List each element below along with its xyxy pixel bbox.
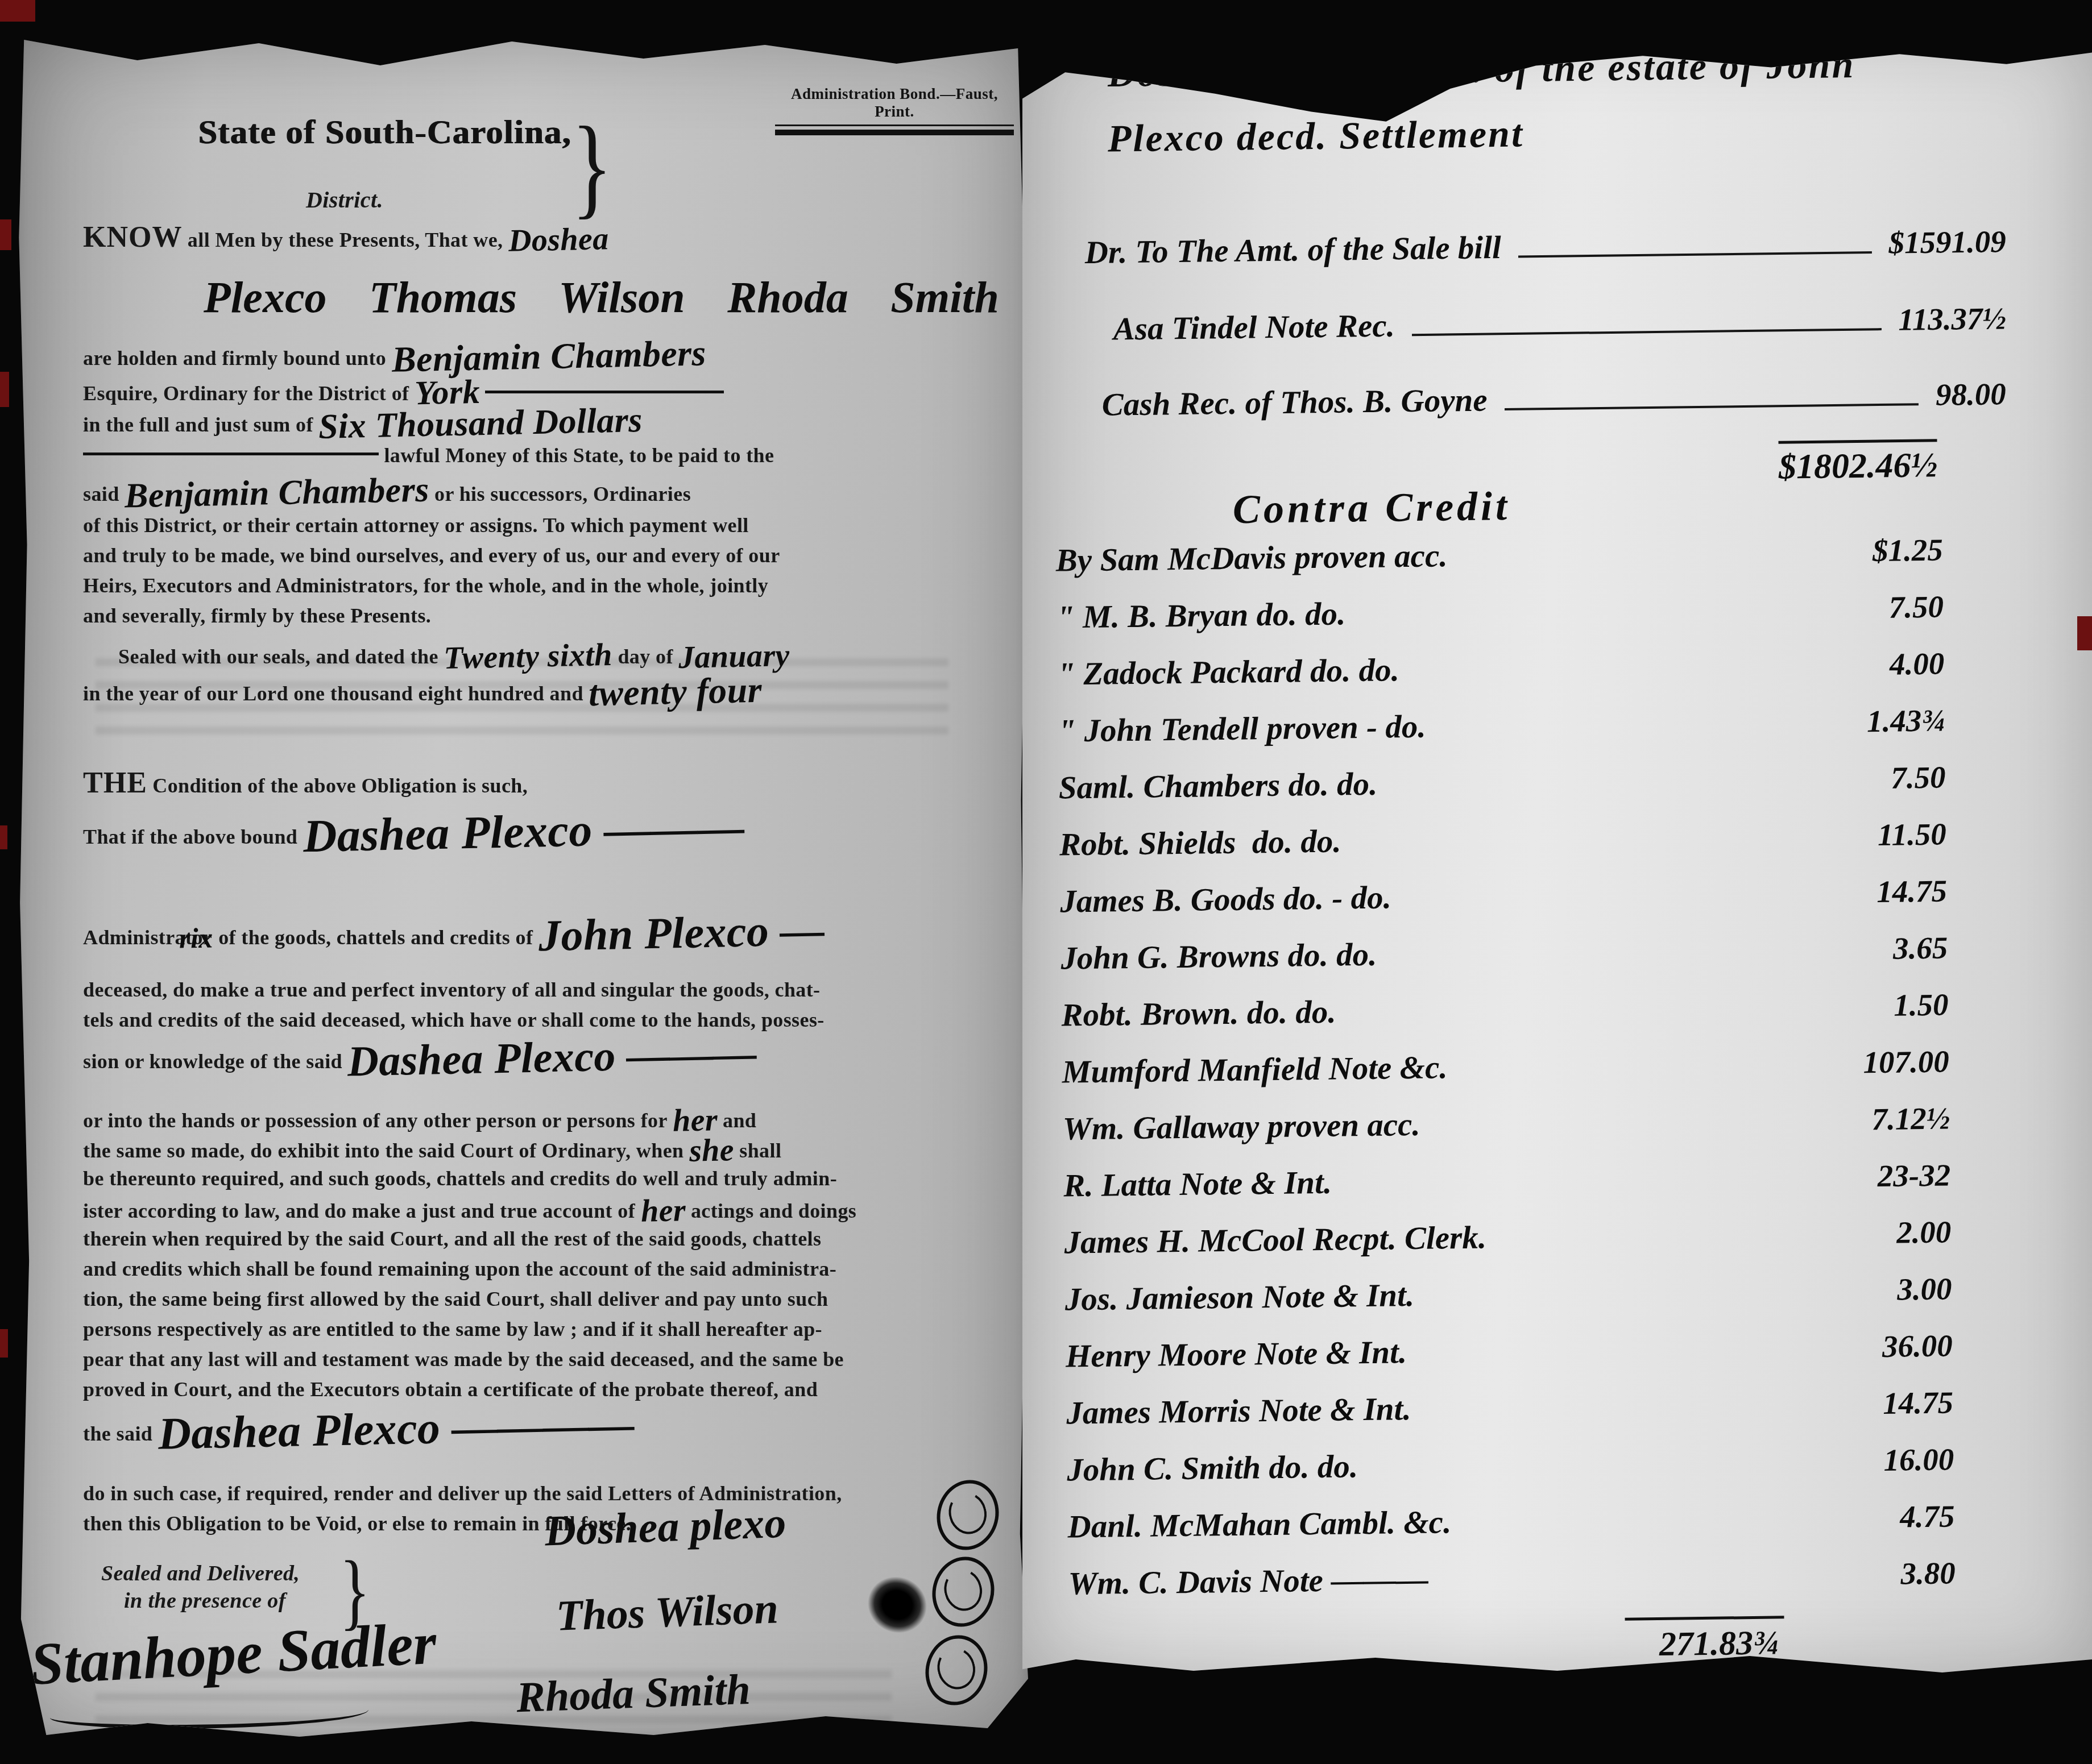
credit-amount: 3.80 — [1900, 1555, 1956, 1591]
handwritten-administratrix-name-2: Dashea Plexco ——— — [347, 1034, 758, 1081]
the-word: THE — [83, 767, 147, 799]
credit-amount: 7.50 — [1888, 589, 1944, 625]
debit-row: Cash Rec. of Thos. B. Goyne 98.00 — [1101, 375, 2006, 443]
ledger-row: Saml. Chambers do. do.7.50 — [1058, 759, 1946, 827]
creditor-name: R. Latta Note & Int. — [1063, 1164, 1332, 1205]
possession-line-1: or into the hands or possession of any o… — [83, 1106, 987, 1135]
bound-line: are holden and firmly bound unto Benjami… — [83, 340, 987, 373]
year-print: in the year of our Lord one thousand eig… — [83, 682, 583, 705]
possession-line-4: ister according to law, and do make a ju… — [83, 1197, 987, 1225]
year-line: in the year of our Lord one thousand eig… — [83, 675, 987, 708]
debit-row: Dr. To The Amt. of the Sale bill $1591.0… — [1084, 223, 2006, 291]
poss4-print: ister according to law, and do make a ju… — [83, 1199, 635, 1222]
scan-artifact-mark — [0, 372, 9, 407]
bound-print: are holden and firmly bound unto — [83, 347, 386, 370]
ledger-row: Robt. Shields ­ do. do.11.50 — [1059, 816, 1947, 883]
credit-amount: $1.25 — [1873, 532, 1944, 569]
credit-amount: 23-32 — [1877, 1157, 1950, 1194]
creditor-name: Robt. Shields ­ do. do. — [1059, 823, 1341, 864]
bound2-print: That if the above bound — [83, 825, 297, 848]
poss2b-print: shall — [739, 1139, 781, 1162]
handwritten-her: her — [672, 1106, 718, 1135]
know-rest: all Men by these Presents, That we, — [182, 229, 503, 251]
ledger-row: Mumford Manfield Note &c.107.00 — [1062, 1043, 1949, 1110]
condition-rest: Condition of the above Obligation is suc… — [147, 774, 528, 797]
credit-amount: 7.12½ — [1871, 1100, 1950, 1137]
scan-artifact-mark — [0, 219, 11, 250]
dayof-print: day of — [618, 645, 673, 668]
said2-print: the said — [83, 1422, 152, 1445]
creditor-name: Wm. Gallaway proven acc. — [1063, 1106, 1420, 1148]
witness-line-2: in the presence of — [124, 1588, 286, 1613]
ink-dash — [1505, 403, 1919, 410]
header-district: District. — [306, 186, 383, 213]
debit-label: Cash Rec. of Thos. B. Goyne — [1101, 381, 1487, 423]
inventory-line-2: tels and credits of the said deceased, w… — [83, 1008, 987, 1032]
scan-artifact-mark — [0, 825, 7, 849]
creditor-name: By Sam McDavis proven acc. — [1055, 537, 1447, 579]
inventory-line-3: sion or knowledge of the said Dashea Ple… — [83, 1038, 987, 1077]
lawful-line: lawful Money of this State, to be paid t… — [83, 443, 987, 467]
credit-amount: 1.50 — [1894, 986, 1949, 1023]
possession-line-10: proved in Court, and the Executors obtai… — [83, 1377, 987, 1401]
credit-total: 271.83¾ — [1625, 1616, 1785, 1664]
handwritten-sum: Six Thousand Dollars — [318, 405, 643, 443]
party-signature-3: Rhoda Smith — [516, 1665, 752, 1723]
body-line-4: and severally, firmly by these Presents. — [83, 604, 987, 628]
ledger-row: Wm. C. Davis Note ———3.80 — [1068, 1554, 1956, 1622]
credit-amount: 16.00 — [1883, 1441, 1954, 1478]
credit-amount: 7.50 — [1891, 759, 1946, 796]
credit-amount: 2.00 — [1896, 1214, 1952, 1250]
printer-stamp-label: Administration Bond.—Faust, Print. — [791, 85, 998, 120]
creditor-name: " M. B. Bryan do. do. — [1057, 595, 1346, 636]
poss1-print: or into the hands or possession of any o… — [83, 1109, 667, 1132]
handwritten-administratrix-name-3: Dashea Plexco ———— — [158, 1404, 635, 1455]
ledger-row: R. Latta Note & Int.23-32 — [1063, 1156, 1951, 1224]
credit-amount: 3.00 — [1897, 1271, 1952, 1307]
party-signature-1: Doshea plexo — [544, 1499, 787, 1557]
ledger-row: James Morris Note & Int.14.75 — [1066, 1384, 1954, 1451]
possession-line-7: tion, the same being first allowed by th… — [83, 1287, 987, 1311]
settlement-title-line-2: Plexco decd. Settlement — [1108, 111, 1525, 161]
handwritten-district: York — [414, 376, 480, 408]
bound2-line: That if the above bound Dashea Plexco ——… — [83, 811, 987, 853]
creditor-name: John C. Smith do. do. — [1067, 1448, 1358, 1488]
creditor-name: " John Tendell proven - do. — [1058, 708, 1426, 750]
debit-amount: $1591.09 — [1888, 223, 2006, 261]
ledger-row: Henry Moore Note & Int.36.00 — [1066, 1327, 1953, 1394]
lawful-print: lawful Money of this State, to be paid t… — [384, 444, 774, 467]
credit-amount: 11.50 — [1878, 816, 1946, 853]
ledger-row: By Sam McDavis proven acc.$1.25 — [1055, 532, 1943, 599]
scan-artifact-mark — [0, 0, 35, 22]
handwritten-year: twenty four — [589, 674, 763, 710]
witness-line-1: Sealed and Delivered, — [101, 1561, 300, 1586]
administratrix-line: Administratorrix of the goods, chattels … — [83, 913, 987, 953]
creditor-name: James H. McCool Recpt. Clerk. — [1064, 1219, 1486, 1261]
creditor-name: " Zadock Packard do. do. — [1057, 651, 1399, 692]
body-line-1: of this District, or their certain attor… — [83, 513, 987, 537]
inventory-3-print: sion or knowledge of the said — [83, 1050, 342, 1073]
debit-amount: 98.00 — [1936, 376, 2007, 413]
possession-line-9: pear that any last will and testament wa… — [83, 1347, 987, 1371]
handwritten-administratrix-name: Dashea Plexco ——— — [303, 806, 745, 857]
credit-amount: 107.00 — [1863, 1043, 1949, 1080]
handwritten-obligee-2: Benjamin Chambers — [125, 474, 430, 512]
void-line-1: do in such case, if required, render and… — [83, 1481, 987, 1505]
body-line-3: Heirs, Executors and Administrators, for… — [83, 574, 987, 597]
credit-amount: 3.65 — [1893, 929, 1948, 966]
debit-total: $1802.46½ — [1779, 439, 1938, 487]
credit-amount: 4.00 — [1890, 646, 1945, 682]
possession-line-3: be thereunto required, and such goods, c… — [83, 1167, 987, 1190]
ledger-row: James H. McCool Recpt. Clerk.2.00 — [1064, 1213, 1952, 1281]
said-obligee-line: said Benjamin Chambers or his successors… — [83, 478, 987, 509]
stamp-rule — [775, 124, 1014, 135]
void-line-2: then this Obligation to be Void, or else… — [83, 1512, 987, 1535]
debit-amount: 113.37½ — [1898, 300, 2006, 337]
admin-rest: of the goods, chattels and credits of — [218, 926, 533, 949]
ink-dash — [1518, 251, 1872, 258]
handwritten-principals: Plexco Thomas Wilson Rhoda Smith — [204, 272, 999, 323]
debit-row: Asa Tindel Note Rec. 113.37½ — [1113, 300, 2006, 367]
inventory-line-1: deceased, do make a true and perfect inv… — [83, 978, 987, 1002]
ledger-row: John G. Browns do. do.3.65 — [1061, 929, 1948, 997]
handwritten-day: Twenty sixth — [444, 641, 613, 673]
bond-opening-line: KNOW all Men by these Presents, That we,… — [83, 221, 987, 254]
blank-line — [485, 391, 724, 393]
seal-icon — [918, 1629, 995, 1712]
debit-label: Dr. To The Amt. of the Sale bill — [1084, 229, 1501, 271]
ledger-row: James B. Goods do. - do.14.75 — [1060, 872, 1948, 940]
bond-page: Administration Bond.—Faust, Print. State… — [16, 33, 1028, 1738]
condition-line: THE Condition of the above Obligation is… — [83, 766, 987, 800]
handwritten-her-2: her — [640, 1196, 686, 1226]
printer-stamp: Administration Bond.—Faust, Print. — [775, 85, 1014, 135]
seal-icon — [925, 1550, 1002, 1633]
ledger-row: " John Tendell proven - do.1.43¾ — [1058, 702, 1945, 770]
scan-artifact-mark — [2077, 616, 2092, 650]
ink-dash — [1412, 328, 1882, 336]
poss1b-print: and — [723, 1109, 756, 1132]
body-line-2: and truly to be made, we bind ourselves,… — [83, 543, 987, 567]
scan-artifact-mark — [0, 1329, 8, 1358]
ledger-row: Jos. Jamieson Note & Int.3.00 — [1064, 1270, 1952, 1338]
scanned-document: Administration Bond.—Faust, Print. State… — [0, 0, 2092, 1764]
admin-stem: Administrat — [83, 926, 192, 949]
header-brace-icon: } — [571, 101, 612, 231]
credit-amount: 36.00 — [1882, 1327, 1953, 1364]
handwritten-doshea: Doshea — [508, 225, 609, 255]
party-signature-2: Thos Wilson — [556, 1584, 780, 1641]
credit-list: By Sam McDavis proven acc.$1.25 " M. B. … — [1055, 532, 1956, 1622]
settlement-title-line-1: Doshea Plexco Admr. of the estate of Joh… — [1108, 42, 1855, 96]
header-state: State of South-Carolina, — [198, 113, 571, 152]
know-word: KNOW — [83, 221, 182, 254]
ledger-row: " Zadock Packard do. do.4.00 — [1057, 645, 1945, 713]
sum-print: in the full and just sum of — [83, 413, 313, 436]
said-print: said — [83, 483, 119, 505]
credit-amount: 4.75 — [1900, 1498, 1955, 1534]
creditor-name: James B. Goods do. - do. — [1060, 879, 1391, 920]
settlement-page: Doshea Plexco Admr. of the estate of Joh… — [1022, 30, 2092, 1672]
possession-line-6: and credits which shall be found remaini… — [83, 1257, 987, 1281]
possession-line-8: persons respectively as are entitled to … — [83, 1317, 987, 1341]
said2-line: the said Dashea Plexco ———— — [83, 1409, 987, 1450]
sum-line: in the full and just sum of Six Thousand… — [83, 408, 987, 440]
creditor-name: Wm. C. Davis Note ——— — [1068, 1561, 1428, 1603]
ledger-row: Robt. Brown. do. do.1.50 — [1061, 986, 1949, 1053]
ledger-row: Wm. Gallaway proven acc.7.12½ — [1063, 1099, 1950, 1167]
handwritten-deceased-name: John Plexco — — [538, 910, 825, 956]
blank-line — [83, 453, 379, 455]
handwritten-month: January — [678, 641, 790, 672]
creditor-name: Robt. Brown. do. do. — [1061, 994, 1336, 1034]
sealed-print: Sealed with our seals, and dated the — [118, 645, 438, 668]
ledger-row: John C. Smith do. do.16.00 — [1067, 1441, 1954, 1508]
ledger-row: " M. B. Bryan do. do.7.50 — [1057, 588, 1944, 656]
successors-print: or his successors, Ordinaries — [434, 483, 691, 505]
esquire-print: Esquire, Ordinary for the District of — [83, 382, 409, 405]
credit-amount: 1.43¾ — [1867, 703, 1945, 740]
creditor-name: Mumford Manfield Note &c. — [1062, 1049, 1447, 1090]
creditor-name: John G. Browns do. do. — [1061, 936, 1377, 977]
contra-credit-heading: Contra Credit — [1233, 483, 1511, 533]
creditor-name: James Morris Note & Int. — [1066, 1391, 1411, 1431]
credit-amount: 14.75 — [1883, 1384, 1954, 1421]
credit-amount: 14.75 — [1876, 873, 1948, 910]
handwritten-she: she — [689, 1136, 734, 1165]
sealed-date-line: Sealed with our seals, and dated the Twe… — [118, 642, 1022, 671]
debit-label: Asa Tindel Note Rec. — [1113, 308, 1395, 348]
poss4b-print: actings and doings — [691, 1199, 856, 1222]
creditor-name: Saml. Chambers do. do. — [1058, 766, 1377, 807]
ink-blot — [846, 1555, 949, 1655]
creditor-name: Danl. McMahan Cambl. &c. — [1067, 1504, 1451, 1545]
handwritten-obligee: Benjamin Chambers — [391, 337, 706, 376]
poss2-print: the same so made, do exhibit into the sa… — [83, 1139, 683, 1162]
creditor-name: Jos. Jamieson Note & Int. — [1064, 1277, 1414, 1318]
possession-line-5: therein when required by the said Court,… — [83, 1227, 987, 1251]
handwritten-overwrite-rix: rix — [179, 925, 213, 951]
creditor-name: Henry Moore Note & Int. — [1066, 1334, 1407, 1375]
possession-line-2: the same so made, do exhibit into the sa… — [83, 1136, 987, 1165]
ledger-row: Danl. McMahan Cambl. &c.4.75 — [1067, 1497, 1955, 1565]
